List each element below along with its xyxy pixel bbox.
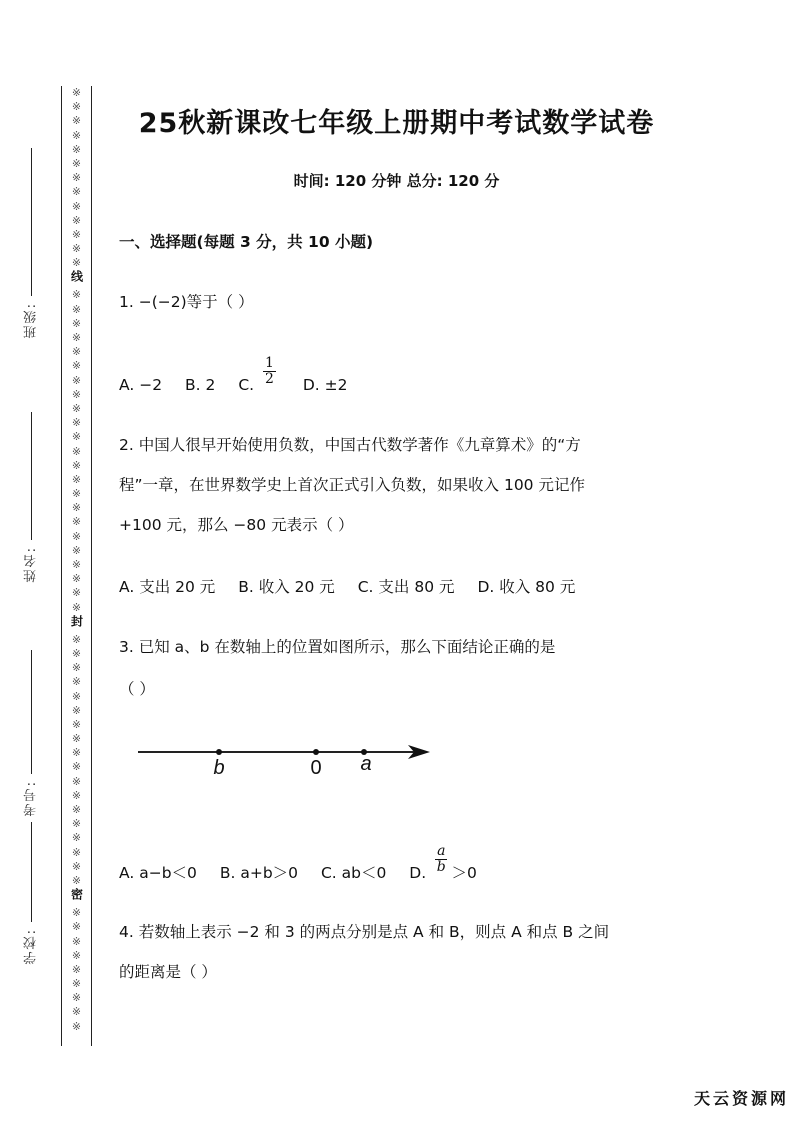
section-heading: 一、选择题(每题 3 分，共 10 小题) bbox=[119, 230, 373, 252]
option-text: ±2 bbox=[325, 376, 348, 394]
option-label: B. bbox=[238, 578, 254, 596]
name-field[interactable]: 姓名: bbox=[22, 412, 41, 588]
exam-number-label: 考号: bbox=[22, 780, 41, 816]
school-underline bbox=[31, 822, 33, 922]
binding-cross-icon: ※ bbox=[72, 487, 81, 501]
binding-cross-icon: ※ bbox=[72, 860, 81, 874]
binding-mark: 封 bbox=[69, 615, 85, 633]
binding-cross-icon: ※ bbox=[72, 920, 81, 934]
site-watermark: 天云资源网 bbox=[694, 1086, 789, 1109]
binding-cross-icon: ※ bbox=[72, 331, 81, 345]
option-text: −2 bbox=[139, 376, 162, 394]
fraction-a-over-b: ab bbox=[435, 844, 447, 875]
binding-mark: 密 bbox=[69, 888, 85, 906]
q1-option-c[interactable]: C. 12 bbox=[238, 376, 280, 394]
option-label: B. bbox=[220, 864, 236, 882]
binding-cross-icon: ※ bbox=[72, 303, 81, 317]
name-underline bbox=[31, 412, 33, 540]
question-4-stem-line-2: 的距离是（ ） bbox=[119, 960, 217, 982]
exam-number-underline bbox=[31, 650, 33, 774]
q3-option-a[interactable]: A. a−b＜0 bbox=[119, 864, 197, 882]
option-text: 收入 20 元 bbox=[259, 578, 335, 596]
fraction-denominator: b bbox=[437, 860, 446, 875]
question-3-stem-line-1: 3. 已知 a、b 在数轴上的位置如图所示，那么下面结论正确的是 bbox=[119, 635, 555, 657]
binding-cross-icon: ※ bbox=[72, 675, 81, 689]
exam-page: ※※※※※※※※※※※※※线※※※※※※※※※※※※※※※※※※※※※※※封※※… bbox=[0, 0, 793, 1122]
option-label: D. bbox=[409, 864, 426, 882]
fraction-denominator: 2 bbox=[265, 372, 274, 387]
option-label: A. bbox=[119, 578, 134, 596]
binding-cross-icon: ※ bbox=[72, 718, 81, 732]
binding-cross-icon: ※ bbox=[72, 86, 81, 100]
binding-cross-icon: ※ bbox=[72, 402, 81, 416]
question-1-options: A. −2 B. 2 C. 12 D. ±2 bbox=[119, 370, 366, 401]
option-text: 支出 20 元 bbox=[139, 578, 215, 596]
q2-option-a[interactable]: A. 支出 20 元 bbox=[119, 578, 215, 596]
option-label: D. bbox=[477, 578, 494, 596]
school-label: 学校: bbox=[22, 928, 41, 964]
binding-cross-icon: ※ bbox=[72, 991, 81, 1005]
binding-cross-icon: ※ bbox=[72, 214, 81, 228]
binding-cross-icon: ※ bbox=[72, 143, 81, 157]
option-text: ab＜0 bbox=[342, 864, 387, 882]
binding-cross-icon: ※ bbox=[72, 906, 81, 920]
question-2-options: A. 支出 20 元 B. 收入 20 元 C. 支出 80 元 D. 收入 8… bbox=[119, 575, 593, 597]
option-label: B. bbox=[185, 376, 201, 394]
binding-cross-icon: ※ bbox=[72, 345, 81, 359]
binding-cross-icon: ※ bbox=[72, 1005, 81, 1019]
option-label: C. bbox=[321, 864, 337, 882]
fraction-numerator: a bbox=[435, 844, 447, 860]
binding-cross-icon: ※ bbox=[72, 317, 81, 331]
binding-mark: 线 bbox=[69, 270, 85, 288]
q1-option-a[interactable]: A. −2 bbox=[119, 376, 162, 394]
option-text: 支出 80 元 bbox=[378, 578, 454, 596]
q3-option-d[interactable]: D. ab＞0 bbox=[409, 864, 477, 882]
binding-cross-icon: ※ bbox=[72, 586, 81, 600]
binding-cross-icon: ※ bbox=[72, 690, 81, 704]
q2-option-d[interactable]: D. 收入 80 元 bbox=[477, 578, 575, 596]
binding-strip: ※※※※※※※※※※※※※线※※※※※※※※※※※※※※※※※※※※※※※封※※… bbox=[61, 86, 92, 1046]
binding-cross-icon: ※ bbox=[72, 501, 81, 515]
binding-cross-icon: ※ bbox=[72, 558, 81, 572]
question-2-stem-line-1: 2. 中国人很早开始使用负数，中国古代数学著作《九章算术》的“方 bbox=[119, 433, 581, 455]
option-text: ＞0 bbox=[451, 864, 476, 882]
binding-cross-icon: ※ bbox=[72, 647, 81, 661]
number-line-label-b: b bbox=[213, 757, 224, 779]
question-3-options: A. a−b＜0 B. a+b＞0 C. ab＜0 D. ab＞0 bbox=[119, 858, 495, 889]
binding-cross-icon: ※ bbox=[72, 515, 81, 529]
name-label: 姓名: bbox=[22, 546, 41, 582]
fraction-numerator: 1 bbox=[263, 356, 276, 372]
option-label: A. bbox=[119, 864, 134, 882]
binding-cross-icon: ※ bbox=[72, 817, 81, 831]
binding-cross-icon: ※ bbox=[72, 1020, 81, 1034]
binding-cross-icon: ※ bbox=[72, 157, 81, 171]
option-label: A. bbox=[119, 376, 134, 394]
exam-title: 25秋新课改七年级上册期中考试数学试卷 bbox=[0, 101, 793, 140]
binding-cross-icon: ※ bbox=[72, 831, 81, 845]
option-label: D. bbox=[303, 376, 320, 394]
binding-cross-icon: ※ bbox=[72, 949, 81, 963]
binding-cross-icon: ※ bbox=[72, 775, 81, 789]
number-line-label-zero: 0 bbox=[310, 757, 321, 779]
number-line-figure: b 0 a bbox=[138, 738, 438, 788]
question-3-stem-line-2: （ ） bbox=[119, 677, 155, 699]
binding-cross-icon: ※ bbox=[72, 572, 81, 586]
binding-cross-icon: ※ bbox=[72, 704, 81, 718]
option-label: C. bbox=[358, 578, 374, 596]
class-label: 班级: bbox=[22, 302, 41, 338]
question-2-stem-line-3: +100 元，那么 −80 元表示（ ） bbox=[119, 513, 354, 535]
q1-option-d[interactable]: D. ±2 bbox=[303, 376, 348, 394]
binding-cross-icon: ※ bbox=[72, 963, 81, 977]
q3-option-c[interactable]: C. ab＜0 bbox=[321, 864, 386, 882]
option-label: C. bbox=[238, 376, 254, 394]
binding-cross-icon: ※ bbox=[72, 544, 81, 558]
binding-cross-icon: ※ bbox=[72, 530, 81, 544]
binding-cross-column: ※※※※※※※※※※※※※线※※※※※※※※※※※※※※※※※※※※※※※封※※… bbox=[62, 86, 91, 1046]
number-line-label-a: a bbox=[360, 753, 371, 775]
binding-cross-icon: ※ bbox=[72, 228, 81, 242]
option-text: a−b＜0 bbox=[139, 864, 197, 882]
question-2-stem-line-2: 程”一章，在世界数学史上首次正式引入负数，如果收入 100 元记作 bbox=[119, 473, 585, 495]
q3-option-b[interactable]: B. a+b＞0 bbox=[220, 864, 298, 882]
binding-cross-icon: ※ bbox=[72, 430, 81, 444]
question-1-stem: 1. −(−2)等于（ ） bbox=[119, 290, 254, 312]
option-text: 2 bbox=[206, 376, 216, 394]
binding-cross-icon: ※ bbox=[72, 977, 81, 991]
binding-cross-icon: ※ bbox=[72, 256, 81, 270]
binding-cross-icon: ※ bbox=[72, 445, 81, 459]
binding-cross-icon: ※ bbox=[72, 200, 81, 214]
binding-cross-icon: ※ bbox=[72, 874, 81, 888]
binding-cross-icon: ※ bbox=[72, 661, 81, 675]
fraction-one-half: 12 bbox=[263, 356, 276, 387]
exam-number-field[interactable]: 考号: bbox=[22, 650, 41, 822]
binding-cross-icon: ※ bbox=[72, 374, 81, 388]
school-field[interactable]: 学校: bbox=[22, 822, 41, 970]
binding-cross-icon: ※ bbox=[72, 633, 81, 647]
option-text: 收入 80 元 bbox=[499, 578, 575, 596]
binding-cross-icon: ※ bbox=[72, 359, 81, 373]
binding-cross-icon: ※ bbox=[72, 416, 81, 430]
option-text: a+b＞0 bbox=[240, 864, 298, 882]
binding-cross-icon: ※ bbox=[72, 388, 81, 402]
binding-cross-icon: ※ bbox=[72, 935, 81, 949]
q1-option-b[interactable]: B. 2 bbox=[185, 376, 215, 394]
q2-option-c[interactable]: C. 支出 80 元 bbox=[358, 578, 455, 596]
binding-cross-icon: ※ bbox=[72, 760, 81, 774]
binding-cross-icon: ※ bbox=[72, 789, 81, 803]
binding-cross-icon: ※ bbox=[72, 288, 81, 302]
binding-cross-icon: ※ bbox=[72, 601, 81, 615]
question-4-stem-line-1: 4. 若数轴上表示 −2 和 3 的两点分别是点 A 和 B，则点 A 和点 B… bbox=[119, 920, 609, 942]
binding-cross-icon: ※ bbox=[72, 473, 81, 487]
binding-cross-icon: ※ bbox=[72, 459, 81, 473]
exam-time-score: 时间: 120 分钟 总分: 120 分 bbox=[0, 170, 793, 191]
binding-cross-icon: ※ bbox=[72, 803, 81, 817]
q2-option-b[interactable]: B. 收入 20 元 bbox=[238, 578, 335, 596]
binding-cross-icon: ※ bbox=[72, 732, 81, 746]
binding-cross-icon: ※ bbox=[72, 846, 81, 860]
binding-cross-icon: ※ bbox=[72, 242, 81, 256]
binding-cross-icon: ※ bbox=[72, 746, 81, 760]
